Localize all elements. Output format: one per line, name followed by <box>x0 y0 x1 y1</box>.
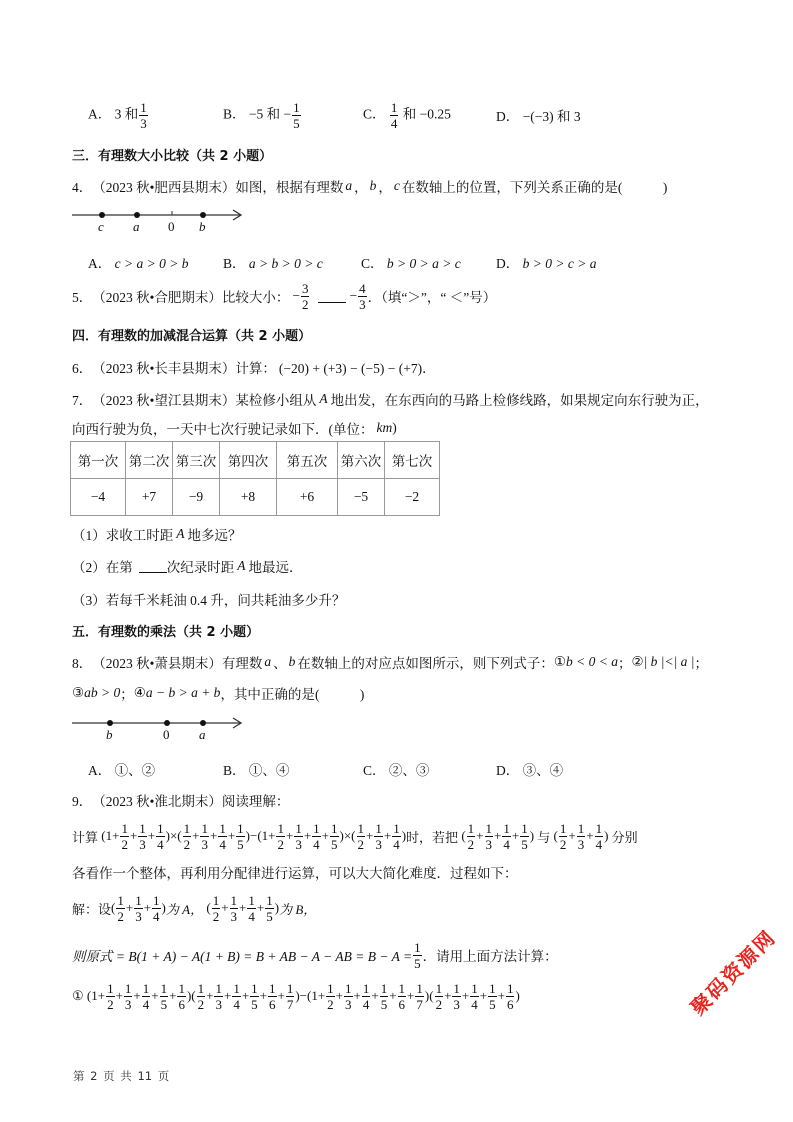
question-8-stem-line2: ③ab > 0； ④a − b > a + b，其中正确的是( ) <box>72 683 364 703</box>
q9-solution-result: 则原式 = B(1 + A) − A(1 + B) = B + AB − A −… <box>72 937 558 973</box>
table-row: −4 +7 −9 +8 +6 −5 −2 <box>71 479 440 516</box>
q8-options: A． ①、② B． ①、④ C． ②、③ D． ③、④ <box>88 759 563 779</box>
q4-number-line: c a 0 b <box>72 205 252 235</box>
q8-option-d[interactable]: D． ③、④ <box>496 759 563 779</box>
table-cell: −2 <box>385 479 440 516</box>
point-label-a: a <box>133 219 140 235</box>
page-footer: 第 2 页 共 11 页 <box>73 1068 169 1084</box>
q3-option-a[interactable]: A． 3 和13 <box>88 101 223 130</box>
fraction: 14 <box>390 101 399 130</box>
table-header-cell: 第一次 <box>71 442 126 479</box>
point-label-c: c <box>98 219 104 235</box>
fraction: 15 <box>413 941 422 970</box>
table-header-cell: 第二次 <box>126 442 173 479</box>
fraction: 43 <box>358 282 367 311</box>
driving-record-table: 第一次 第二次 第三次 第四次 第五次 第六次 第七次 −4 +7 −9 +8 … <box>70 441 440 516</box>
q3-option-c[interactable]: C． 14 和 −0.25 <box>363 101 496 130</box>
q3-option-b[interactable]: B． −5 和 −15 <box>223 101 363 130</box>
table-header-row: 第一次 第二次 第三次 第四次 第五次 第六次 第七次 <box>71 442 440 479</box>
question-9-stem: 9．（2023 秋•淮北期末）阅读理解： <box>72 790 289 810</box>
question-4-stem: 4．（2023 秋•肥西县期末）如图，根据有理数 a， b， c在数轴上的位置，… <box>72 176 667 196</box>
table-cell: +8 <box>220 479 277 516</box>
point-label-zero: 0 <box>163 727 170 743</box>
q4-option-d[interactable]: D． b > 0 > c > a <box>496 252 596 272</box>
fraction: 32 <box>301 282 310 311</box>
point-label-zero: 0 <box>168 219 175 235</box>
section-title-5: 五．有理数的乘法（共 2 小题） <box>72 621 259 640</box>
point-label-b: b <box>199 219 206 235</box>
q4-option-a[interactable]: A． c > a > 0 > b <box>88 252 223 272</box>
table-header-cell: 第五次 <box>277 442 338 479</box>
q4-option-c[interactable]: C． b > 0 > a > c <box>361 252 496 272</box>
number-line-axis-icon <box>72 713 252 743</box>
table-cell: −9 <box>173 479 220 516</box>
q3-options: A． 3 和13 B． −5 和 −15 C． 14 和 −0.25 D． −(… <box>88 97 581 133</box>
q9-solution-setup: 解：设(12+13+14)为 A， (12+13+14+15)为 B， <box>72 890 316 926</box>
table-cell: −5 <box>338 479 385 516</box>
question-7-stem-line1: 7．（2023 秋•望江县期末）某检修小组从 A地出发，在东西向的马路上检修线路… <box>72 389 709 409</box>
answer-paren: ( ) <box>618 176 668 196</box>
table-header-cell: 第四次 <box>220 442 277 479</box>
question-5: 5．（2023 秋•合肥期末）比较大小： −32 −43 ．（填“＞”，“ ＜”… <box>72 278 496 314</box>
question-7-stem-line2: 向西行驶为负，一天中七次行驶记录如下．(单位：km) <box>72 418 397 438</box>
q9-explanation: 各看作一个整体，再利用分配律进行运算，可以大大简化难度．过程如下： <box>72 862 518 882</box>
fraction: 15 <box>292 101 301 130</box>
question-6: 6．（2023 秋•长丰县期末）计算：(−20) + (+3) − (−5) −… <box>72 357 436 377</box>
question-8-stem-line1: 8．（2023 秋•萧县期末）有理数 a、 b在数轴上的对应点如图所示，则下列式… <box>72 652 708 672</box>
table-cell: +7 <box>126 479 173 516</box>
answer-paren: ( ) <box>315 683 365 703</box>
table-header-cell: 第七次 <box>385 442 440 479</box>
point-label-b: b <box>106 727 113 743</box>
q4-option-b[interactable]: B． a > b > 0 > c <box>223 252 361 272</box>
q9-calc-line: 计算 (1+12+13+14)×(12+13+14+15)−(1+12+13+1… <box>72 818 638 854</box>
q7-sub-question-2: （2）在第次纪录时距 A地最远． <box>72 556 303 576</box>
q3-option-d[interactable]: D． −(−3) 和 3 <box>496 105 581 125</box>
q8-option-b[interactable]: B． ①、④ <box>223 759 363 779</box>
fraction: 13 <box>139 101 148 130</box>
watermark: 聚码资源网 <box>683 922 781 1020</box>
section-title-4: 四．有理数的加减混合运算（共 2 小题） <box>72 325 311 344</box>
section-title-3: 三．有理数大小比较（共 2 小题） <box>72 145 272 164</box>
q9-exercise-1: ① (1+12+13+14+15+16)(12+13+14+15+16+17)−… <box>72 978 520 1014</box>
q7-sub-question-3: （3）若每千米耗油 0.4 升，问共耗油多少升？ <box>72 589 345 609</box>
table-header-cell: 第三次 <box>173 442 220 479</box>
point-label-a: a <box>199 727 206 743</box>
q8-number-line: b 0 a <box>72 713 252 743</box>
q4-options: A． c > a > 0 > b B． a > b > 0 > c C． b >… <box>88 252 596 272</box>
q8-option-a[interactable]: A． ①、② <box>88 759 223 779</box>
answer-blank[interactable] <box>139 560 167 573</box>
table-cell: −4 <box>71 479 126 516</box>
table-cell: +6 <box>277 479 338 516</box>
q8-option-c[interactable]: C． ②、③ <box>363 759 496 779</box>
answer-blank[interactable] <box>318 290 346 303</box>
table-header-cell: 第六次 <box>338 442 385 479</box>
q7-sub-question-1: （1）求收工时距A地多远？ <box>72 524 242 544</box>
